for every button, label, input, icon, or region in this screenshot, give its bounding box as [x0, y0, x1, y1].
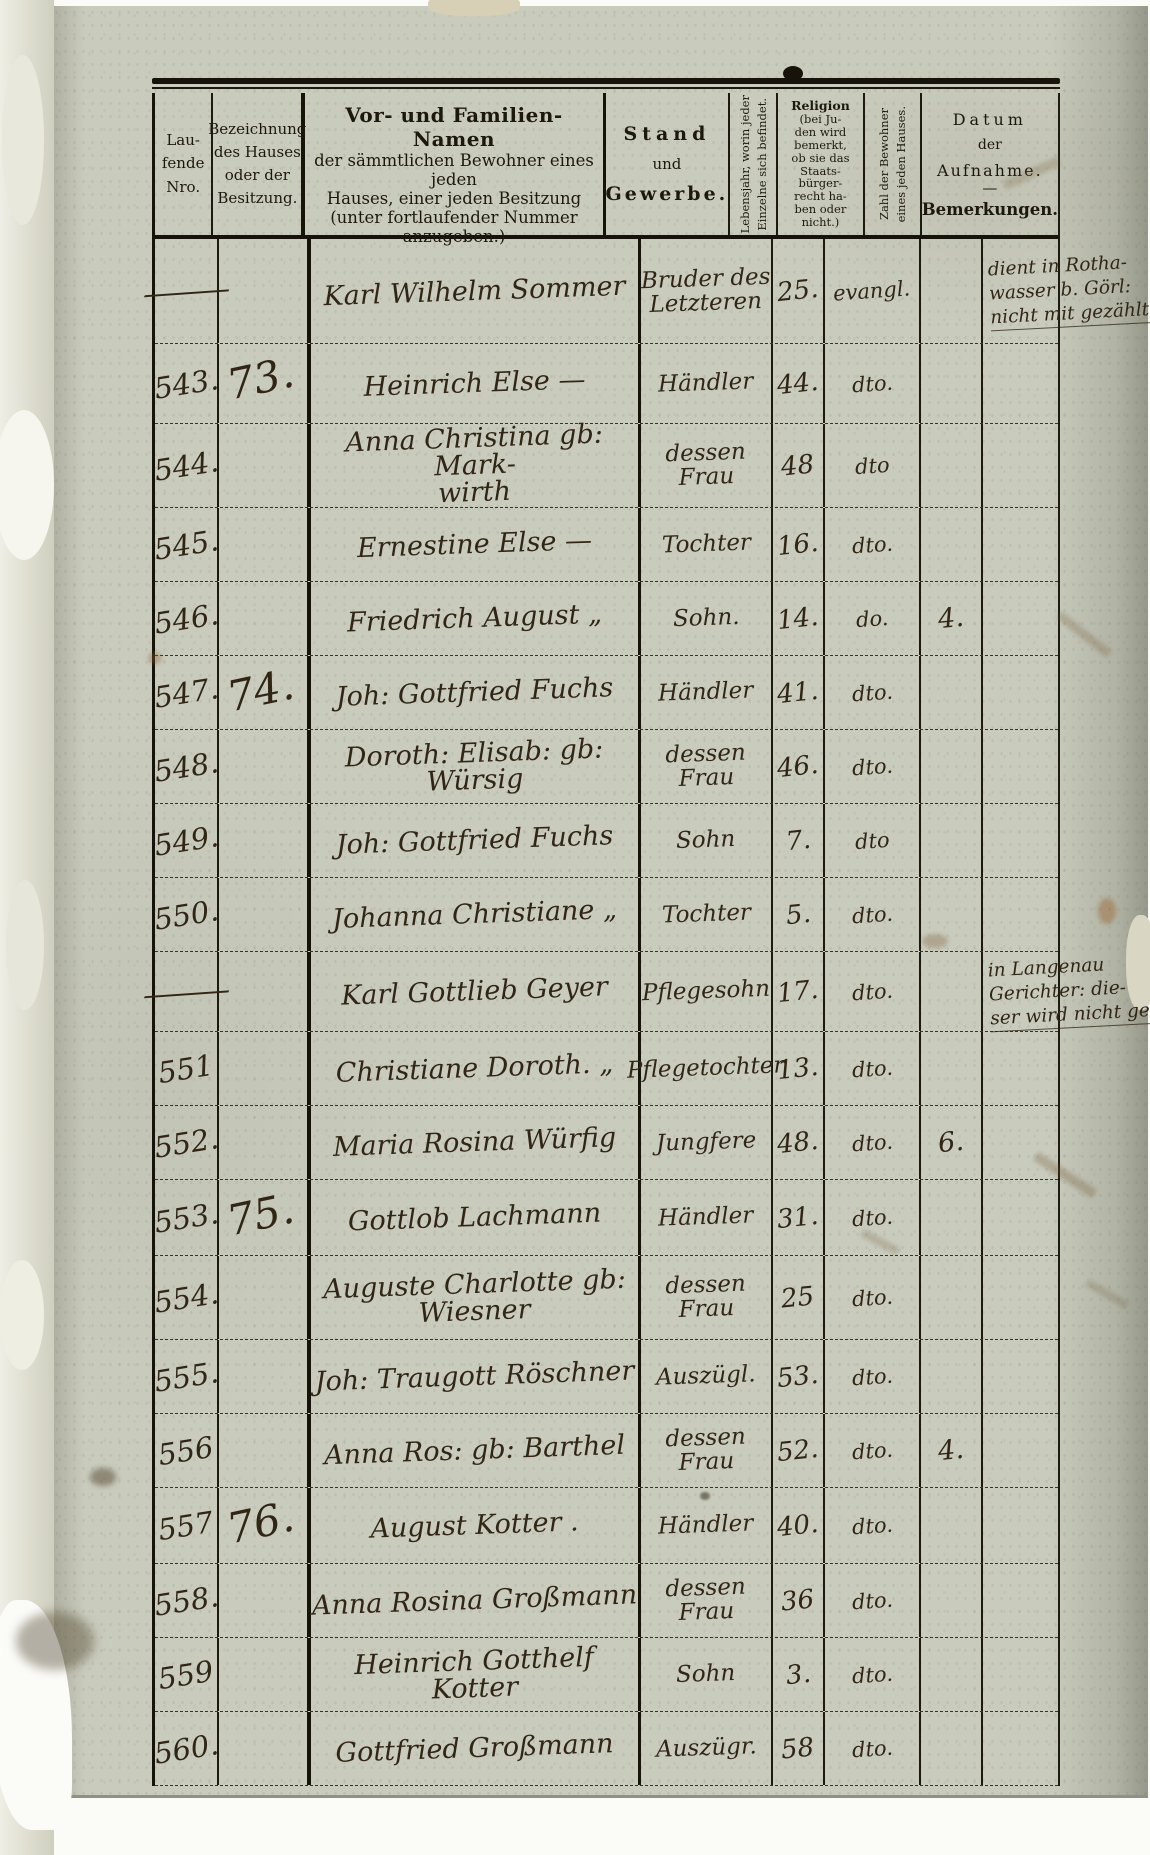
row-zahl-cell: [921, 878, 983, 951]
header-religion-line: nicht.): [802, 216, 840, 229]
header-datum-line: Bemerkungen.: [922, 200, 1058, 219]
row-name-cell: Joh: Gottfried Fuchs: [311, 804, 641, 877]
row-remarks: [989, 835, 1150, 846]
header-datum-line: Datum: [953, 110, 1027, 129]
header-age-rotated-line: Einzelne sich befindet.: [755, 98, 769, 231]
table-row: 546. Friedrich August „ Sohn. 14. do. 4.: [155, 582, 1058, 656]
row-remarks: [989, 1520, 1150, 1531]
table-row: 550. Johanna Christiane „ Tochter 5. dto…: [155, 878, 1058, 952]
header-zahl: Zahl der Bewohner eines jeden Hauses.: [865, 93, 922, 235]
row-age-cell: 7.: [773, 804, 825, 877]
table-row: 548. Doroth: Elisab: gb: Würsig dessen F…: [155, 730, 1058, 804]
header-nro-line: fende: [162, 152, 205, 175]
row-religion: dto.: [851, 1661, 893, 1688]
row-age: 53.: [776, 1359, 820, 1393]
row-remarks: [989, 1137, 1150, 1148]
header-datum-line: der: [978, 137, 1002, 153]
header-names-line: der sämmtlichen Bewohner eines jeden: [305, 151, 602, 189]
row-name-cell: Karl Wilhelm Sommer: [311, 239, 641, 343]
row-name-cell: Anna Rosina Großmann: [311, 1564, 641, 1637]
row-age: 46.: [776, 749, 820, 783]
row-religion-cell: dto.: [825, 1712, 921, 1785]
row-stand: dessen Frau: [641, 742, 771, 790]
row-zahl-cell: [921, 1256, 983, 1339]
row-religion: dto.: [851, 370, 893, 397]
row-nro-cell: 548.: [155, 730, 219, 803]
row-nro-cell: 559: [155, 1638, 219, 1711]
table-row: 555. Joh: Traugott Röschner Auszügl. 53.…: [155, 1340, 1058, 1414]
row-remarks-cell: in LangenauGerichter: die-ser wird nicht…: [983, 952, 1058, 1031]
row-house-cell: [219, 1414, 311, 1487]
row-religion-cell: dto.: [825, 1488, 921, 1563]
row-nro: 558.: [151, 1579, 220, 1623]
table-row: — Karl Wilhelm Sommer Bruder desLetztere…: [155, 239, 1058, 344]
row-age-cell: 16.: [773, 508, 825, 581]
row-name: Johanna Christiane „: [311, 901, 638, 928]
row-name: Christiane Doroth. „: [311, 1055, 638, 1082]
row-remarks: [989, 539, 1150, 550]
row-stand: Jungfere: [656, 1130, 756, 1154]
row-age: 36: [780, 1584, 816, 1617]
row-stand-cell: Pflegetochter: [641, 1032, 773, 1105]
row-stand: dessen Frau: [641, 1576, 771, 1624]
row-zahl-cell: [921, 656, 983, 729]
row-age-cell: 36: [773, 1564, 825, 1637]
row-religion-cell: dto.: [825, 952, 921, 1031]
row-remarks-cell: [983, 344, 1058, 423]
row-nro: 547.: [151, 671, 220, 715]
table-row: 553. 75. Gottlob Lachmann Händler 31. dt…: [155, 1180, 1058, 1256]
row-age: 48: [780, 449, 816, 482]
row-house-cell: [219, 239, 311, 343]
row-house-cell: [219, 1106, 311, 1179]
header-stand-line: Gewerbe.: [606, 183, 729, 205]
row-zahl-cell: [921, 1638, 983, 1711]
row-stand-cell: Händler: [641, 344, 773, 423]
row-stand-cell: dessen Frau: [641, 730, 773, 803]
row-nro: 543.: [151, 362, 220, 406]
row-house-number: 73.: [223, 348, 299, 410]
row-age: 41.: [776, 675, 820, 709]
row-nro: 557: [156, 1504, 216, 1546]
table-row: 554. Auguste Charlotte gb:Wiesner dessen…: [155, 1256, 1058, 1340]
row-name-cell: Anna Christina gb: Mark-wirth: [311, 424, 641, 507]
top-rule-thin: [152, 87, 1060, 89]
row-name-cell: Auguste Charlotte gb:Wiesner: [311, 1256, 641, 1339]
row-stand-cell: Pflegesohn: [641, 952, 773, 1031]
row-age: 5.: [784, 898, 812, 930]
row-remarks-cell: [983, 582, 1058, 655]
row-age: 3.: [784, 1658, 812, 1690]
row-zahl-cell: [921, 239, 983, 343]
row-age: 52.: [776, 1433, 820, 1467]
row-zahl-cell: [921, 952, 983, 1031]
table-row: 544. Anna Christina gb: Mark-wirth desse…: [155, 424, 1058, 508]
row-religion-cell: evangl.: [825, 239, 921, 343]
header-stand-line: Stand: [623, 123, 710, 145]
table-row: 556 Anna Ros: gb: Barthel dessen Frau 52…: [155, 1414, 1058, 1488]
row-remarks-cell: [983, 804, 1058, 877]
table-row: 549. Joh: Gottfried Fuchs Sohn 7. dto: [155, 804, 1058, 878]
row-religion-cell: dto: [825, 804, 921, 877]
row-house-cell: 75.: [219, 1180, 311, 1255]
row-religion: dto: [854, 452, 890, 478]
row-religion-cell: dto.: [825, 730, 921, 803]
header-stand: Stand und Gewerbe.: [606, 93, 731, 235]
row-house-cell: [219, 1256, 311, 1339]
scanned-register-page: Lau- fende Nro. Bezeichnung des Hauses o…: [0, 0, 1150, 1855]
row-age: 44.: [776, 366, 820, 400]
row-age-cell: 48: [773, 424, 825, 507]
row-house-cell: [219, 952, 311, 1031]
row-religion: dto.: [851, 978, 893, 1005]
row-religion: dto: [854, 827, 890, 853]
row-religion: dto.: [851, 1437, 893, 1464]
row-nro: 548.: [151, 745, 220, 789]
row-house-cell: [219, 804, 311, 877]
row-zahl-cell: 4.: [921, 1414, 983, 1487]
row-religion: dto.: [851, 1284, 893, 1311]
row-name: Joh: Gottfried Fuchs: [311, 827, 638, 854]
row-nro: 555.: [151, 1355, 220, 1399]
row-remarks: [989, 1212, 1150, 1223]
row-stand: Auszügl.: [656, 1364, 756, 1388]
row-nro-cell: 556: [155, 1414, 219, 1487]
header-nro-line: Nro.: [166, 176, 200, 199]
row-stand-cell: Sohn: [641, 1638, 773, 1711]
row-name-cell: Joh: Traugott Röschner: [311, 1340, 641, 1413]
header-religion-line: (bei Ju-: [800, 113, 842, 126]
row-religion: do.: [855, 605, 889, 631]
row-remarks-cell: [983, 1488, 1058, 1563]
row-remarks-cell: [983, 878, 1058, 951]
row-age-cell: 31.: [773, 1180, 825, 1255]
row-remarks: [989, 378, 1150, 389]
row-age: 48.: [776, 1125, 820, 1159]
torn-paper-fragment: [428, 0, 520, 16]
row-religion: dto.: [851, 753, 893, 780]
row-house-number: 74.: [223, 660, 299, 722]
row-name: Joh: Gottfried Fuchs: [311, 679, 638, 706]
row-stand: Händler: [658, 680, 753, 704]
row-zahl-cell: [921, 1180, 983, 1255]
header-nro-line: Lau-: [166, 129, 200, 152]
row-remarks: dient in Rotha-wasser b. Görl:nicht mit …: [987, 248, 1150, 332]
row-religion-cell: dto.: [825, 1032, 921, 1105]
row-stand-cell: Händler: [641, 656, 773, 729]
row-zahl-cell: 6.: [921, 1106, 983, 1179]
row-house-cell: [219, 730, 311, 803]
row-nro: 550.: [151, 893, 220, 937]
row-religion: dto.: [851, 901, 893, 928]
row-nro-cell: 543.: [155, 344, 219, 423]
row-remarks: [989, 1595, 1150, 1606]
row-house-cell: 76.: [219, 1488, 311, 1563]
row-zahl: 6.: [937, 1126, 966, 1160]
row-nro-cell: 560.: [155, 1712, 219, 1785]
row-remarks: in LangenauGerichter: die-ser wird nicht…: [987, 948, 1150, 1032]
row-stand-cell: Auszügr.: [641, 1712, 773, 1785]
row-name-cell: Joh: Gottfried Fuchs: [311, 656, 641, 729]
table-row: 560. Gottfried Großmann Auszügr. 58 dto.: [155, 1712, 1058, 1786]
row-nro-cell: 553.: [155, 1180, 219, 1255]
table-header-row: Lau- fende Nro. Bezeichnung des Hauses o…: [155, 93, 1058, 239]
row-religion: dto.: [851, 1735, 893, 1762]
row-name-cell: Heinrich Gotthelf Kotter: [311, 1638, 641, 1711]
row-remarks-cell: [983, 1340, 1058, 1413]
row-religion: dto.: [851, 1512, 893, 1539]
row-house-cell: [219, 508, 311, 581]
row-nro: 560.: [151, 1727, 220, 1771]
row-nro: 553.: [151, 1196, 220, 1240]
row-name-cell: Karl Gottlieb Geyer: [311, 952, 641, 1031]
table-row: 551 Christiane Doroth. „ Pflegetochter 1…: [155, 1032, 1058, 1106]
row-zahl-cell: [921, 344, 983, 423]
header-house: Bezeichnung des Hauses oder der Besitzun…: [213, 93, 305, 235]
row-religion-cell: dto.: [825, 878, 921, 951]
row-remarks-cell: [983, 1712, 1058, 1785]
row-stand: dessen Frau: [641, 441, 771, 489]
table-row: 559 Heinrich Gotthelf Kotter Sohn 3. dto…: [155, 1638, 1058, 1712]
row-house-cell: 74.: [219, 656, 311, 729]
row-name: Heinrich Else —: [311, 370, 638, 397]
row-age-cell: 53.: [773, 1340, 825, 1413]
row-age-cell: 14.: [773, 582, 825, 655]
row-remarks-cell: dient in Rotha-wasser b. Görl:nicht mit …: [983, 239, 1058, 343]
row-age-cell: 25.: [773, 239, 825, 343]
row-religion: dto.: [851, 1363, 893, 1390]
row-stand-cell: dessen Frau: [641, 1256, 773, 1339]
row-stand-cell: Bruder desLetzteren: [641, 239, 773, 343]
row-remarks-cell: [983, 1180, 1058, 1255]
row-name-cell: Anna Ros: gb: Barthel: [311, 1414, 641, 1487]
row-stand-cell: Tochter: [641, 878, 773, 951]
row-name: Maria Rosina Würfig: [311, 1129, 638, 1156]
row-nro-cell: 549.: [155, 804, 219, 877]
row-zahl-cell: [921, 804, 983, 877]
row-nro-cell: 552.: [155, 1106, 219, 1179]
header-age-rotated-line: Lebensjahr, worin jeder: [738, 95, 752, 233]
row-name: Karl Gottlieb Geyer: [311, 978, 638, 1005]
row-age: 17.: [776, 974, 820, 1008]
row-remarks-cell: [983, 1106, 1058, 1179]
row-name: Anna Rosina Großmann: [311, 1587, 638, 1614]
row-house-cell: [219, 582, 311, 655]
table-body: — Karl Wilhelm Sommer Bruder desLetztere…: [155, 239, 1058, 1786]
row-house-cell: [219, 424, 311, 507]
header-zahl-rotated-line: eines jeden Hauses.: [894, 106, 908, 222]
header-religion: Religion (bei Ju- den wird bemerkt, ob s…: [778, 93, 865, 235]
row-stand: Sohn: [676, 1662, 735, 1686]
row-name: August Kotter .: [311, 1512, 638, 1539]
row-zahl: 4.: [937, 602, 966, 636]
row-age: 40.: [776, 1508, 820, 1542]
row-age-cell: 5.: [773, 878, 825, 951]
row-remarks-cell: [983, 1032, 1058, 1105]
row-age: 14.: [776, 601, 820, 635]
row-stand-cell: dessen Frau: [641, 1414, 773, 1487]
row-stand: Pflegesohn: [642, 979, 770, 1003]
row-zahl-cell: [921, 424, 983, 507]
row-name-cell: Ernestine Else —: [311, 508, 641, 581]
header-religion-line: bemerkt,: [794, 139, 847, 152]
header-age: Lebensjahr, worin jeder Einzelne sich be…: [730, 93, 777, 235]
header-zahl-rotated-line: Zahl der Bewohner: [877, 108, 891, 220]
header-religion-line: Religion: [791, 99, 850, 113]
row-house-cell: 73.: [219, 344, 311, 423]
row-name: Doroth: Elisab: gb: Würsig: [311, 740, 638, 794]
torn-paper-fragment: [0, 1260, 44, 1370]
row-nro: 559: [156, 1653, 216, 1695]
row-nro-cell: 546.: [155, 582, 219, 655]
top-rule-thick: [152, 78, 1060, 84]
row-nro-cell: —: [155, 952, 219, 1031]
row-age-cell: 58: [773, 1712, 825, 1785]
row-name-cell: Maria Rosina Würfig: [311, 1106, 641, 1179]
row-name: Auguste Charlotte gb:Wiesner: [311, 1271, 638, 1325]
row-nro-cell: 557: [155, 1488, 219, 1563]
row-stand-cell: Sohn.: [641, 582, 773, 655]
row-nro-cell: 555.: [155, 1340, 219, 1413]
row-stand-cell: Jungfere: [641, 1106, 773, 1179]
row-name-cell: Doroth: Elisab: gb: Würsig: [311, 730, 641, 803]
row-nro-cell: 558.: [155, 1564, 219, 1637]
table-row: 547. 74. Joh: Gottfried Fuchs Händler 41…: [155, 656, 1058, 730]
row-zahl-cell: [921, 1340, 983, 1413]
row-religion-cell: do.: [825, 582, 921, 655]
row-religion-cell: dto.: [825, 1564, 921, 1637]
header-datum: Datum der Aufnahme. — Bemerkungen.: [922, 93, 1058, 235]
header-religion-line: ob sie das: [791, 152, 849, 165]
row-stand-cell: dessen Frau: [641, 424, 773, 507]
row-stand: Tochter: [662, 902, 751, 926]
header-names-line: Hauses, einer jeden Besitzung: [305, 189, 602, 208]
row-religion: evangl.: [833, 276, 912, 305]
row-religion-cell: dto.: [825, 508, 921, 581]
row-name-cell: Gottlob Lachmann: [311, 1180, 641, 1255]
row-religion-cell: dto.: [825, 1414, 921, 1487]
row-nro-cell: 550.: [155, 878, 219, 951]
row-zahl-cell: [921, 1032, 983, 1105]
header-house-line: oder der: [225, 164, 290, 187]
row-nro: 552.: [151, 1121, 220, 1165]
census-table: Lau- fende Nro. Bezeichnung des Hauses o…: [152, 78, 1060, 1786]
row-zahl-cell: [921, 730, 983, 803]
table-row: — Karl Gottlieb Geyer Pflegesohn 17. dto…: [155, 952, 1058, 1032]
row-religion-cell: dto.: [825, 1256, 921, 1339]
row-house-cell: [219, 1032, 311, 1105]
row-remarks-cell: [983, 730, 1058, 803]
row-stand: Händler: [658, 1205, 753, 1229]
row-remarks-cell: [983, 656, 1058, 729]
row-religion-cell: dto.: [825, 1340, 921, 1413]
row-remarks: [989, 1371, 1150, 1382]
row-nro-cell: 544.: [155, 424, 219, 507]
row-name: Joh: Traugott Röschner: [311, 1363, 638, 1390]
row-name: Heinrich Gotthelf Kotter: [311, 1648, 638, 1702]
row-name: Karl Wilhelm Sommer: [311, 278, 638, 305]
row-age-cell: 44.: [773, 344, 825, 423]
row-religion: dto.: [851, 1587, 893, 1614]
row-religion: dto.: [851, 679, 893, 706]
row-stand: Bruder desLetzteren: [641, 267, 771, 315]
row-age-cell: 52.: [773, 1414, 825, 1487]
row-age: 16.: [776, 527, 820, 561]
row-stand-cell: Auszügl.: [641, 1340, 773, 1413]
row-age-cell: 17.: [773, 952, 825, 1031]
row-remarks-cell: [983, 1564, 1058, 1637]
row-stand: dessen Frau: [641, 1273, 771, 1321]
row-house-cell: [219, 1340, 311, 1413]
row-age: 25.: [776, 274, 820, 308]
row-zahl-cell: [921, 1564, 983, 1637]
row-religion: dto.: [851, 1204, 893, 1231]
header-stand-line: und: [652, 155, 681, 173]
header-house-line: Besitzung.: [217, 187, 297, 210]
row-stand-cell: Händler: [641, 1488, 773, 1563]
header-house-line: Bezeichnung: [208, 118, 306, 141]
row-nro: 549.: [151, 819, 220, 863]
row-nro-cell: 551: [155, 1032, 219, 1105]
row-remarks: [989, 761, 1150, 772]
row-remarks: [989, 1669, 1150, 1680]
row-house-cell: [219, 1564, 311, 1637]
row-nro-cell: —: [155, 239, 219, 343]
torn-paper-fragment: [6, 880, 44, 1010]
row-zahl-cell: [921, 1712, 983, 1785]
row-nro: 545.: [151, 523, 220, 567]
row-age-cell: 40.: [773, 1488, 825, 1563]
row-name-cell: Johanna Christiane „: [311, 878, 641, 951]
row-nro-cell: 545.: [155, 508, 219, 581]
row-age: 31.: [776, 1200, 820, 1234]
row-religion-cell: dto.: [825, 656, 921, 729]
row-house-number: 75.: [223, 1184, 299, 1246]
table-grid: Lau- fende Nro. Bezeichnung des Hauses o…: [152, 93, 1060, 1786]
row-name: Anna Christina gb: Mark-wirth: [311, 425, 638, 506]
row-stand: Sohn: [676, 828, 735, 852]
row-name: Gottlob Lachmann: [311, 1204, 638, 1231]
row-remarks: [989, 613, 1150, 624]
row-remarks: [989, 460, 1150, 471]
row-remarks: [989, 1063, 1150, 1074]
row-name: Anna Ros: gb: Barthel: [311, 1437, 638, 1464]
row-remarks-cell: [983, 1638, 1058, 1711]
row-nro: 546.: [151, 597, 220, 641]
row-zahl: 4.: [937, 1434, 966, 1468]
row-age-cell: 3.: [773, 1638, 825, 1711]
row-stand: Händler: [658, 371, 753, 395]
row-age: 13.: [776, 1051, 820, 1085]
row-stand-cell: Sohn: [641, 804, 773, 877]
row-stand-cell: Tochter: [641, 508, 773, 581]
row-stand-cell: Händler: [641, 1180, 773, 1255]
table-row: 543. 73. Heinrich Else — Händler 44. dto…: [155, 344, 1058, 424]
row-religion: dto.: [851, 531, 893, 558]
row-religion-cell: dto.: [825, 1180, 921, 1255]
row-age-cell: 48.: [773, 1106, 825, 1179]
row-house-cell: [219, 878, 311, 951]
row-religion: dto.: [851, 1129, 893, 1156]
row-remarks: [989, 687, 1150, 698]
row-age-cell: 41.: [773, 656, 825, 729]
row-remarks-cell: [983, 424, 1058, 507]
row-name-cell: Gottfried Großmann: [311, 1712, 641, 1785]
row-age: 25: [780, 1281, 816, 1314]
row-remarks: [989, 909, 1150, 920]
row-name-cell: Heinrich Else —: [311, 344, 641, 423]
row-name-cell: Christiane Doroth. „: [311, 1032, 641, 1105]
